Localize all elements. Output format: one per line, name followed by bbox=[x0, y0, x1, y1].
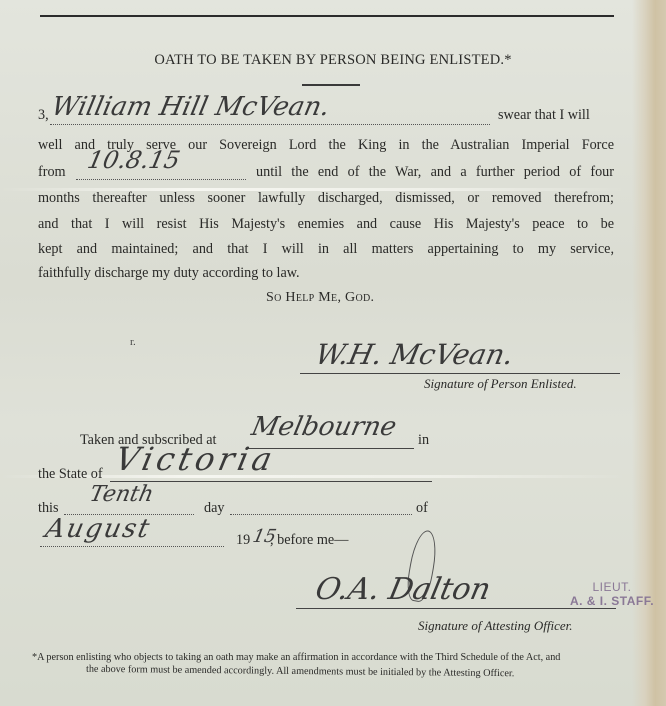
closing-phrase: So Help Me, God. bbox=[266, 290, 374, 306]
top-rule bbox=[40, 15, 614, 17]
oath-line3-end: until the end of the War, and a further … bbox=[256, 164, 614, 181]
officer-rank-stamp: LIEUT. A. & I. STAFF. bbox=[560, 580, 664, 608]
oath-line4: months thereafter unless sooner lawfully… bbox=[38, 190, 614, 207]
label-before-me: , before me— bbox=[270, 532, 348, 549]
footnote-line1: *A person enlisting who objects to takin… bbox=[32, 652, 560, 663]
stamp-line1: LIEUT. bbox=[560, 580, 664, 594]
ink-mark: r. bbox=[130, 336, 136, 348]
day-of-field-line bbox=[230, 514, 412, 515]
day-handwritten[interactable]: Tenth bbox=[87, 482, 155, 507]
oath-line3-start: from bbox=[38, 164, 66, 181]
officer-signature-caption: Signature of Attesting Officer. bbox=[418, 618, 573, 634]
officer-signature-handwritten[interactable]: O.A. Dalton bbox=[312, 572, 494, 607]
oath-prefix: 3, bbox=[38, 107, 49, 124]
enlist-date-handwritten[interactable]: 10.8.15 bbox=[85, 146, 183, 174]
month-field-line bbox=[40, 546, 224, 547]
oath-line5: and that I will resist His Majesty's ene… bbox=[38, 216, 614, 233]
title-divider bbox=[302, 84, 360, 86]
place-handwritten[interactable]: Melbourne bbox=[249, 412, 399, 442]
label-in: in bbox=[418, 432, 429, 449]
label-day: day bbox=[204, 500, 225, 517]
name-field-line bbox=[50, 124, 490, 125]
enlisted-signature-line bbox=[300, 373, 620, 374]
date-field-line bbox=[76, 179, 246, 180]
year-prefix: 19 bbox=[236, 532, 250, 549]
oath-line7: faithfully discharge my duty according t… bbox=[38, 265, 300, 282]
oath-line1-end: swear that I will bbox=[498, 107, 590, 124]
document-title: OATH TO BE TAKEN BY PERSON BEING ENLISTE… bbox=[0, 52, 666, 69]
state-field-line bbox=[110, 481, 432, 482]
oath-line6: kept and maintained; and that I will in … bbox=[38, 241, 614, 258]
stamp-line2: A. & I. STAFF. bbox=[560, 594, 664, 608]
enlistee-name-handwritten[interactable]: William Hill McVean. bbox=[49, 92, 333, 122]
officer-signature-line bbox=[296, 608, 616, 609]
state-handwritten[interactable]: Victoria bbox=[112, 440, 280, 478]
month-handwritten[interactable]: August bbox=[43, 514, 154, 544]
label-of: of bbox=[416, 500, 428, 517]
enlisted-signature-caption: Signature of Person Enlisted. bbox=[424, 376, 577, 392]
label-state-of: the State of bbox=[38, 466, 103, 483]
enlisted-signature-handwritten[interactable]: W.H. McVean. bbox=[312, 338, 516, 371]
